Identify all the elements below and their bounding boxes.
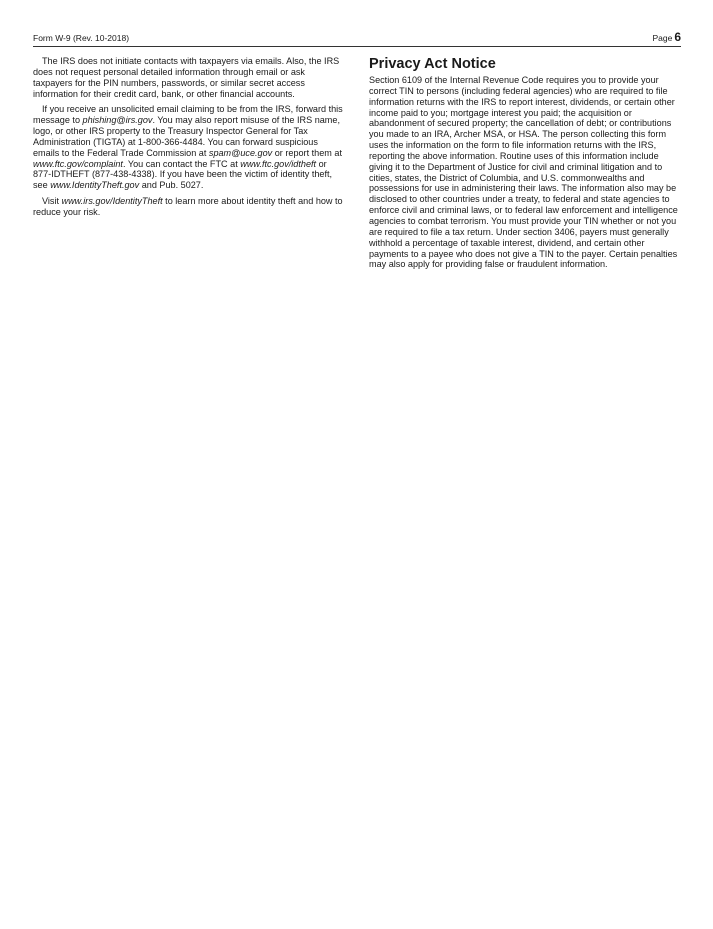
text: . You can contact the FTC at [123,159,240,169]
text: Visit [42,196,62,206]
paragraph-report-phishing: If you receive an unsolicited email clai… [33,104,345,191]
paragraph-visit-irs: Visit www.irs.gov/IdentityTheft to learn… [33,196,345,218]
text: and Pub. 5027. [139,180,203,190]
right-column: Privacy Act Notice Section 6109 of the I… [369,56,683,275]
privacy-act-body: Section 6109 of the Internal Revenue Cod… [369,75,683,270]
page-indicator: Page6 [652,30,681,44]
page-label: Page [652,33,672,43]
irs-identitytheft-link[interactable]: www.irs.gov/IdentityTheft [62,196,163,206]
ftc-complaint-link[interactable]: www.ftc.gov/complaint [33,159,123,169]
left-column: The IRS does not initiate contacts with … [33,56,345,223]
privacy-act-heading: Privacy Act Notice [369,56,683,73]
spam-email-link[interactable]: spam@uce.gov [209,148,272,158]
page-header: Form W-9 (Rev. 10-2018) Page6 [33,33,681,47]
ftc-idtheft-link[interactable]: www.ftc.gov/idtheft [240,159,316,169]
page-number: 6 [674,30,681,44]
identitytheft-gov-link[interactable]: www.IdentityTheft.gov [50,180,139,190]
phishing-email-link[interactable]: phishing@irs.gov [83,115,153,125]
form-label: Form W-9 (Rev. 10-2018) [33,33,129,43]
text: or report them at [272,148,342,158]
paragraph-irs-no-email: The IRS does not initiate contacts with … [33,56,345,99]
